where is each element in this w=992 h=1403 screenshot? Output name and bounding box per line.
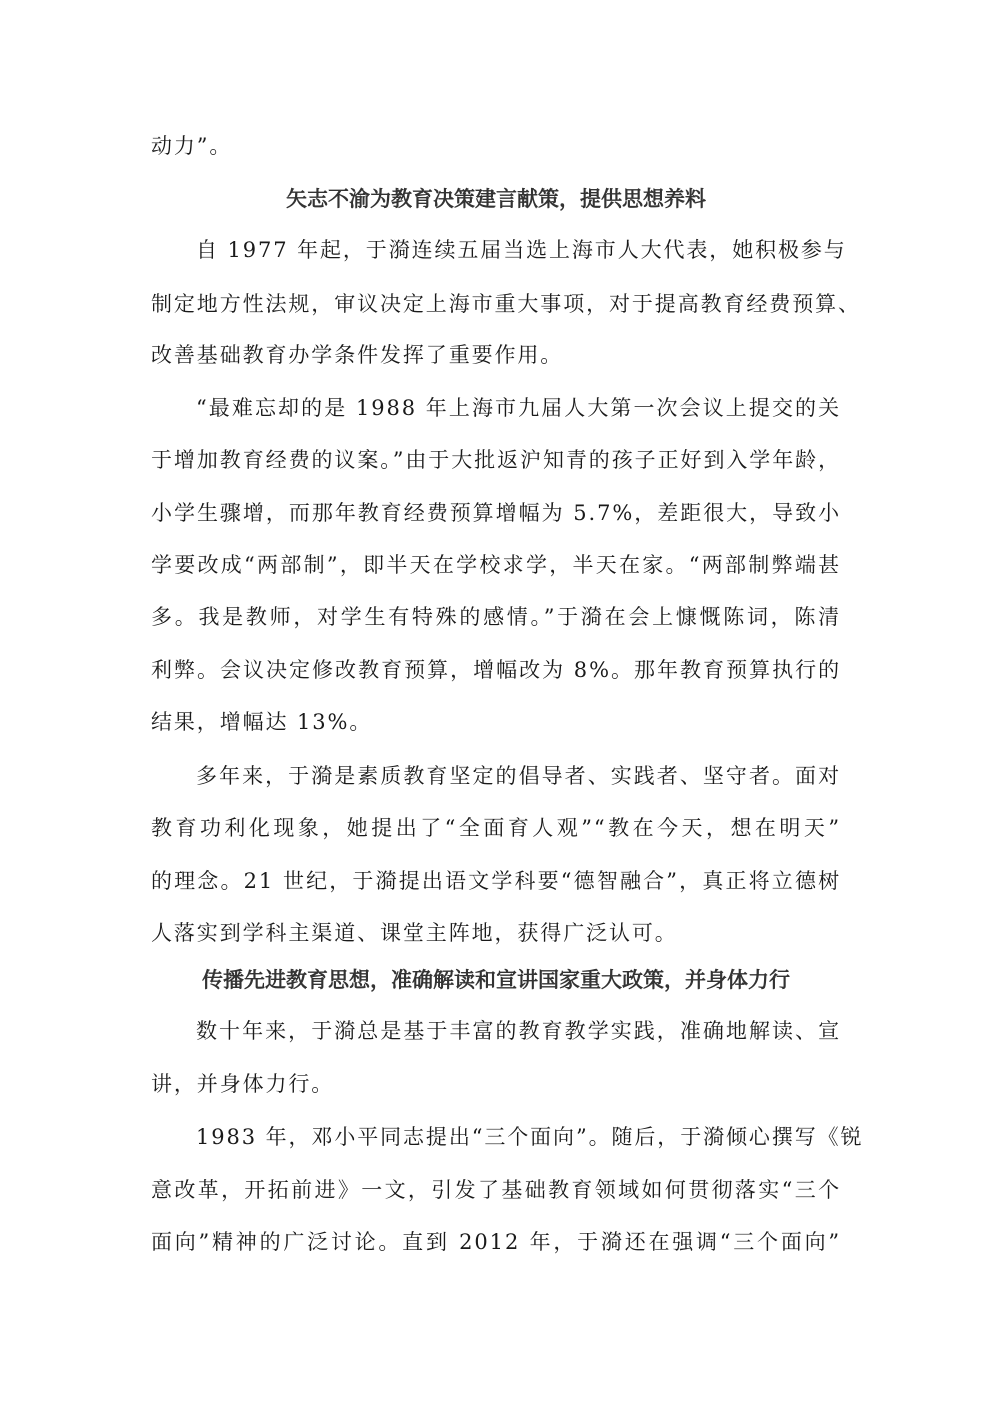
paragraph-line: 自 1977 年起，于漪连续五届当选上海市人大代表，她积极参与 xyxy=(196,235,841,265)
paragraph-line: 于增加教育经费的议案。”由于大批返沪知青的孩子正好到入学年龄， xyxy=(151,445,841,475)
paragraph-line: 讲，并身体力行。 xyxy=(151,1069,841,1099)
paragraph-line: 面向”精神的广泛讨论。直到 2012 年，于漪还在强调“三个面向” xyxy=(151,1227,841,1257)
document-page: 动力”。 矢志不渝为教育决策建言献策，提供思想养料 自 1977 年起，于漪连续… xyxy=(0,0,992,1403)
section-heading: 矢志不渝为教育决策建言献策，提供思想养料 xyxy=(151,182,841,216)
paragraph-line: 利弊。会议决定修改教育预算，增幅改为 8%。那年教育预算执行的 xyxy=(151,655,841,685)
paragraph-line: 的理念。21 世纪，于漪提出语文学科要“德智融合”，真正将立德树 xyxy=(151,866,841,896)
paragraph-line: 人落实到学科主渠道、课堂主阵地，获得广泛认可。 xyxy=(151,918,841,948)
paragraph-line: 制定地方性法规，审议决定上海市重大事项，对于提高教育经费预算、 xyxy=(151,289,841,319)
paragraph-line: 意改革，开拓前进》一文，引发了基础教育领域如何贯彻落实“三个 xyxy=(151,1175,841,1205)
paragraph-line: 学要改成“两部制”，即半天在学校求学，半天在家。“两部制弊端甚 xyxy=(151,550,841,580)
paragraph-line: 改善基础教育办学条件发挥了重要作用。 xyxy=(151,340,841,370)
paragraph-line: 1983 年，邓小平同志提出“三个面向”。随后，于漪倾心撰写《锐 xyxy=(196,1122,841,1152)
paragraph-line: 多。我是教师，对学生有特殊的感情。”于漪在会上慷慨陈词，陈清 xyxy=(151,602,841,632)
paragraph-fragment: 动力”。 xyxy=(151,131,841,161)
section-heading: 传播先进教育思想，准确解读和宣讲国家重大政策，并身体力行 xyxy=(151,963,841,997)
paragraph-line: “最难忘却的是 1988 年上海市九届人大第一次会议上提交的关 xyxy=(196,393,841,423)
paragraph-line: 数十年来，于漪总是基于丰富的教育教学实践，准确地解读、宣 xyxy=(196,1016,841,1046)
paragraph-line: 多年来，于漪是素质教育坚定的倡导者、实践者、坚守者。面对 xyxy=(196,761,841,791)
paragraph-line: 小学生骤增，而那年教育经费预算增幅为 5.7%，差距很大，导致小 xyxy=(151,498,841,528)
paragraph-line: 教育功利化现象，她提出了“全面育人观”“教在今天，想在明天” xyxy=(151,813,841,843)
paragraph-line: 结果，增幅达 13%。 xyxy=(151,707,841,737)
